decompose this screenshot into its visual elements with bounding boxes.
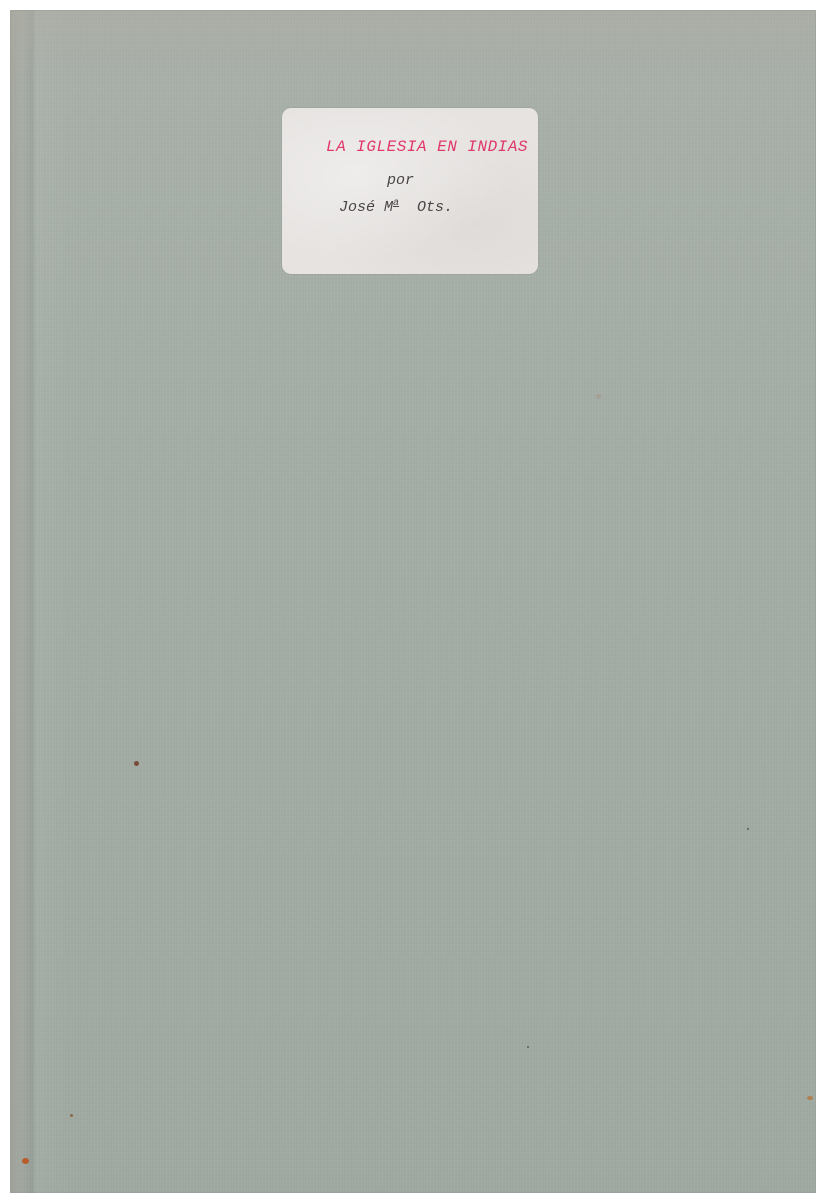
by-line: por xyxy=(387,172,414,189)
stain-speck xyxy=(134,761,139,766)
stain-speck xyxy=(70,1114,73,1117)
author-superscript: a xyxy=(393,198,399,209)
cover-label: LA IGLESIA EN INDIAS por José Ma Ots. xyxy=(282,108,538,274)
stain-speck xyxy=(22,1158,29,1164)
stain-speck xyxy=(747,828,749,830)
author-first: José M xyxy=(339,199,393,216)
author-last: Ots. xyxy=(417,199,453,216)
book-title: LA IGLESIA EN INDIAS xyxy=(326,138,528,156)
stain-speck xyxy=(807,1096,813,1100)
author-name: José Ma Ots. xyxy=(339,198,453,216)
stain-speck xyxy=(527,1046,529,1048)
book-cover: LA IGLESIA EN INDIAS por José Ma Ots. xyxy=(10,10,816,1193)
stain-speck xyxy=(596,394,601,399)
